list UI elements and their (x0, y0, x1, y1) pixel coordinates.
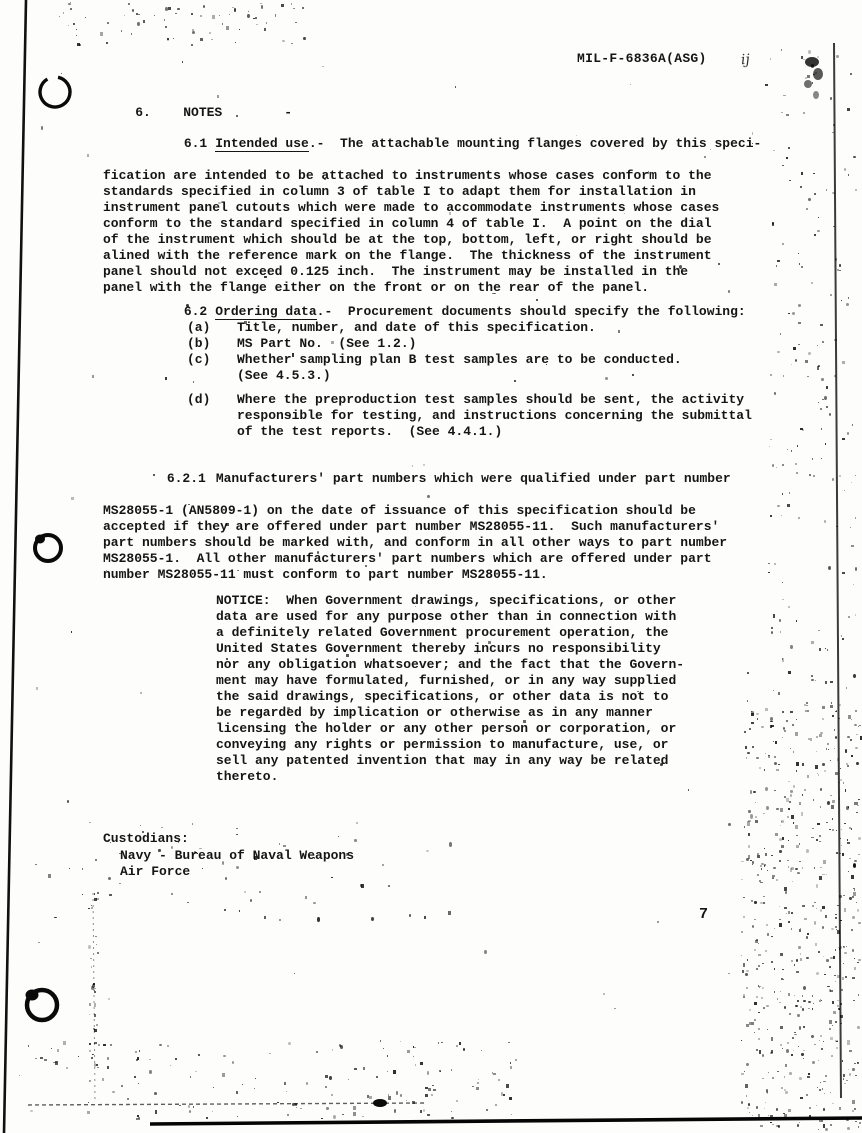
ordering-data-list: (a)Title, number, and date of this speci… (187, 320, 752, 440)
list-item-c-label: (c) (187, 352, 237, 384)
list-item-c: (c)Whether sampling plan B test samples … (187, 352, 752, 384)
page-edge-line-left (4, 0, 26, 1133)
list-item-b: (b)MS Part No. (See 1.2.) (187, 336, 752, 352)
page-number: 7 (699, 906, 708, 923)
handwritten-mark: ij (740, 52, 750, 69)
section-6-1-number: 6.1 (184, 136, 207, 151)
section-6-2-first-line-text: .- Procurement documents should specify … (317, 304, 746, 319)
section-6-1-title: Intended use (215, 136, 309, 152)
section-6-2-number: 6.2 (184, 304, 207, 319)
section-6-number: 6. (135, 105, 183, 121)
list-item-d: (d)Where the preproduction test samples … (187, 392, 752, 440)
section-6-2-1-first-line-text: Manufacturers' part numbers which were q… (216, 471, 731, 486)
list-item-d-label: (d) (187, 392, 237, 440)
custodians-block: Custodians: Navy - Bureau of Naval Weapo… (103, 831, 354, 881)
section-6-dash: - (284, 105, 292, 120)
punch-hole-mark-2 (35, 535, 61, 562)
section-6-2-1: 6.2.1Manufacturers' part numbers which w… (103, 455, 731, 583)
bottom-dashed-line (28, 1103, 425, 1105)
punch-hole-mark-3 (26, 990, 58, 1021)
section-6-2-title: Ordering data (215, 304, 316, 320)
section-6-2-1-first-line: 6.2.1Manufacturers' part numbers which w… (103, 455, 731, 503)
notice-paragraph: NOTICE: When Government drawings, specif… (216, 593, 684, 785)
smudge-top-right (804, 57, 823, 99)
list-item-d-text: Where the preproduction test samples sho… (237, 392, 752, 440)
custodian-air-force: Air Force (103, 864, 354, 881)
custodians-heading: Custodians: (103, 831, 354, 848)
document-page: MIL-F-6836A(ASG) ij 6.NOTES- 6.1Intended… (0, 0, 862, 1133)
section-6-1-first-line-text: .- The attachable mounting flanges cover… (309, 136, 761, 151)
bottom-solid-line (150, 1118, 862, 1124)
list-item-a-label: (a) (187, 320, 237, 336)
list-item-b-text: MS Part No. (See 1.2.) (237, 336, 416, 352)
custodian-navy: Navy - Bureau of Naval Weapons (103, 848, 354, 865)
section-6-1-first-line: 6.1Intended use.- The attachable mountin… (103, 120, 761, 168)
section-6-title: NOTES (183, 105, 222, 120)
section-6-1: 6.1Intended use.- The attachable mountin… (103, 120, 761, 296)
punch-hole-mark-1 (37, 74, 73, 110)
list-item-a-text: Title, number, and date of this specific… (237, 320, 596, 336)
section-6-2-1-body: MS28055-1 (AN5809-1) on the date of issu… (103, 503, 731, 583)
bottom-line-blob (373, 1099, 387, 1107)
section-6-1-body: fication are intended to be attached to … (103, 168, 761, 296)
list-item-b-label: (b) (187, 336, 237, 352)
list-item-a: (a)Title, number, and date of this speci… (187, 320, 752, 336)
section-6-2-1-number: 6.2.1 (167, 471, 206, 486)
page-edge-line-right (834, 43, 841, 1098)
spec-number: MIL-F-6836A(ASG) (577, 51, 707, 67)
crease-line (93, 893, 95, 1100)
list-item-c-text: Whether sampling plan B test samples are… (237, 352, 682, 384)
